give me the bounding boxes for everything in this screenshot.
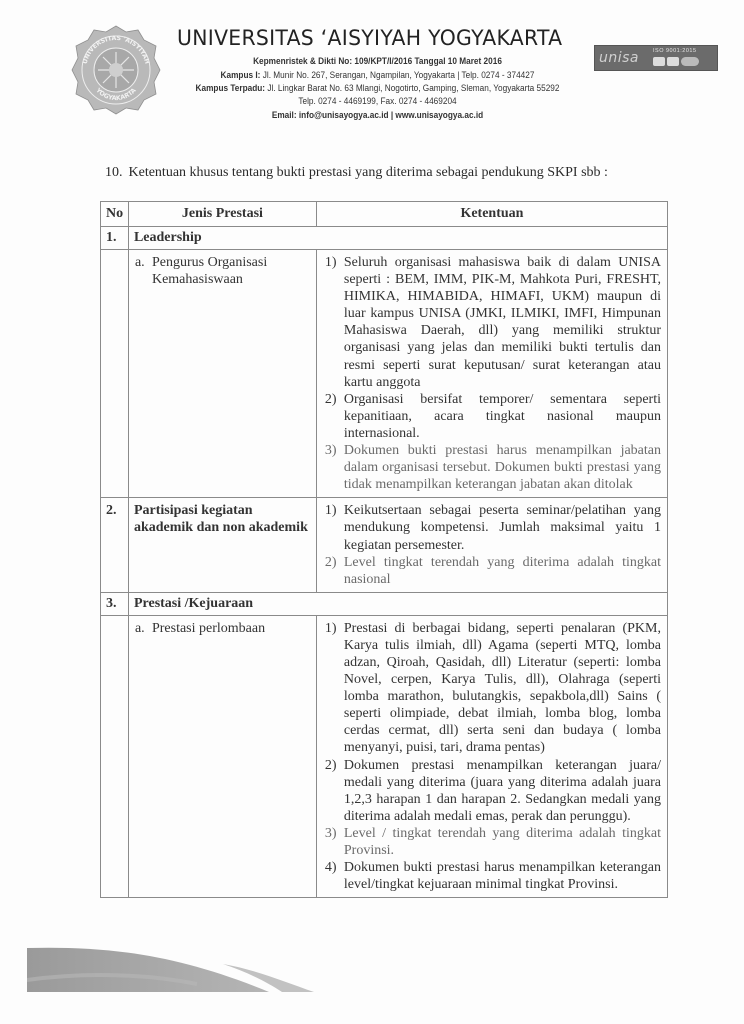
subcategory-title: Pengurus Organisasi Kemahasiswaan [152,254,307,288]
rule-marker: 1) [325,254,337,271]
rule-marker: 4) [325,859,337,876]
rule-item: 2)Level tingkat terendah yang diterima a… [325,554,661,588]
section-intro-text: Ketentuan khusus tentang bukti prestasi … [129,165,608,180]
rule-text: Seluruh organisasi mahasiswa baik di dal… [344,255,661,390]
rule-text: Organisasi bersifat temporer/ sementara … [344,392,661,441]
rules-list: 1)Keikutsertaan sebagai peserta seminar/… [325,502,661,587]
rule-marker: 2) [325,391,337,408]
campus-1-text: Jl. Munir No. 267, Serangan, Ngampilan, … [260,70,534,81]
phone-fax-line: Telp. 0274 - 4469199, Fax. 0274 - 446920… [182,96,573,107]
requirements-table: No Jenis Prestasi Ketentuan 1. Leadershi… [100,201,668,898]
section-number: 10. [105,165,123,180]
campus-2-text: Jl. Lingkar Barat No. 63 Mlangi, Nogotir… [265,83,559,94]
table-row: a.Pengurus Organisasi Kemahasiswaan 1)Se… [101,250,668,498]
subcategory-letter: a. [135,620,152,637]
rule-item: 1)Keikutsertaan sebagai peserta seminar/… [325,502,661,553]
table-row: a.Prestasi perlombaan 1)Prestasi di berb… [101,615,668,898]
rule-text: Prestasi di berbagai bidang, seperti pen… [344,621,661,756]
email-web-line: Email: info@unisayogya.ac.id | www.unisa… [182,110,573,121]
rule-text: Level / tingkat terendah yang diterima a… [344,826,661,858]
table-header-row: No Jenis Prestasi Ketentuan [101,202,668,227]
rules-list: 1)Seluruh organisasi mahasiswa baik di d… [325,254,661,493]
rules-cell: 1)Prestasi di berbagai bidang, seperti p… [316,615,667,898]
subcategory-title: Prestasi perlombaan [152,620,307,637]
rules-cell: 1)Keikutsertaan sebagai peserta seminar/… [316,498,667,592]
campus-1-label: Kampus I: [221,70,261,81]
subcategory-cell: a.Prestasi perlombaan [128,615,316,898]
rule-item: 2)Organisasi bersifat temporer/ sementar… [325,391,661,442]
unisa-brand-logo: unisa [595,50,639,66]
section-number-cell: 1. [101,227,129,250]
subcategory-letter: a. [135,254,152,271]
subcategory-cell: a.Pengurus Organisasi Kemahasiswaan [128,250,316,498]
campus-2-address: Kampus Terpadu: Jl. Lingkar Barat No. 63… [182,83,573,94]
rules-cell: 1)Seluruh organisasi mahasiswa baik di d… [316,250,667,498]
header-ketentuan: Ketentuan [316,202,667,227]
university-seal-icon: UNIVERSITAS 'AISYIYAH YOGYAKARTA [68,22,164,118]
rule-marker: 1) [325,620,337,637]
rule-text: Dokumen bukti prestasi harus menampilkan… [344,860,661,892]
header-no: No [101,202,129,227]
rule-marker: 2) [325,757,337,774]
rule-text: Level tingkat terendah yang diterima ada… [344,555,661,587]
section-number-cell: 2. [101,498,129,592]
rule-marker: 3) [325,442,337,459]
table-section-row: 1. Leadership [101,227,668,250]
rule-text: Keikutsertaan sebagai peserta seminar/pe… [344,503,661,552]
unisa-iso-badge: unisa ISO 9001:2015 [594,45,718,71]
rule-item: 1)Prestasi di berbagai bidang, seperti p… [325,620,661,757]
university-name: UNIVERSITAS ‘AISYIYAH YOGYAKARTA [166,26,573,50]
header-jenis-prestasi: Jenis Prestasi [128,202,316,227]
section-title-cell: Prestasi /Kejuaraan [128,592,667,615]
section-title-cell: Leadership [128,227,667,250]
section-title-cell: Partisipasi kegiatan akademik dan non ak… [128,498,316,592]
rule-item: 2)Dokumen prestasi menampilkan keteranga… [325,757,661,825]
section-intro: 10.Ketentuan khusus tentang bukti presta… [105,165,608,181]
section-number-cell: 3. [101,592,129,615]
rule-text: Dokumen bukti prestasi harus menampilkan… [344,443,661,492]
rule-marker: 2) [325,554,337,571]
iso-label: ISO 9001:2015 [653,48,697,54]
footer-swoosh-graphic [27,944,327,994]
rule-item: 3)Dokumen bukti prestasi harus menampilk… [325,442,661,493]
empty-cell [101,250,129,498]
empty-cell [101,615,129,898]
campus-1-address: Kampus I: Jl. Munir No. 267, Serangan, N… [182,70,573,81]
table-row: 2. Partisipasi kegiatan akademik dan non… [101,498,668,592]
campus-2-label: Kampus Terpadu: [196,83,266,94]
certification-marks-icon [653,57,699,66]
rules-list: 1)Prestasi di berbagai bidang, seperti p… [325,620,661,894]
rule-marker: 3) [325,825,337,842]
decree-line: Kepmenristek & Dikti No: 109/KPT/I/2016 … [182,56,573,67]
rule-text: Dokumen prestasi menampilkan keterangan … [344,758,661,824]
rule-item: 1)Seluruh organisasi mahasiswa baik di d… [325,254,661,391]
table-section-row: 3. Prestasi /Kejuaraan [101,592,668,615]
rule-marker: 1) [325,502,337,519]
rule-item: 4)Dokumen bukti prestasi harus menampilk… [325,859,661,893]
rule-item: 3)Level / tingkat terendah yang diterima… [325,825,661,859]
